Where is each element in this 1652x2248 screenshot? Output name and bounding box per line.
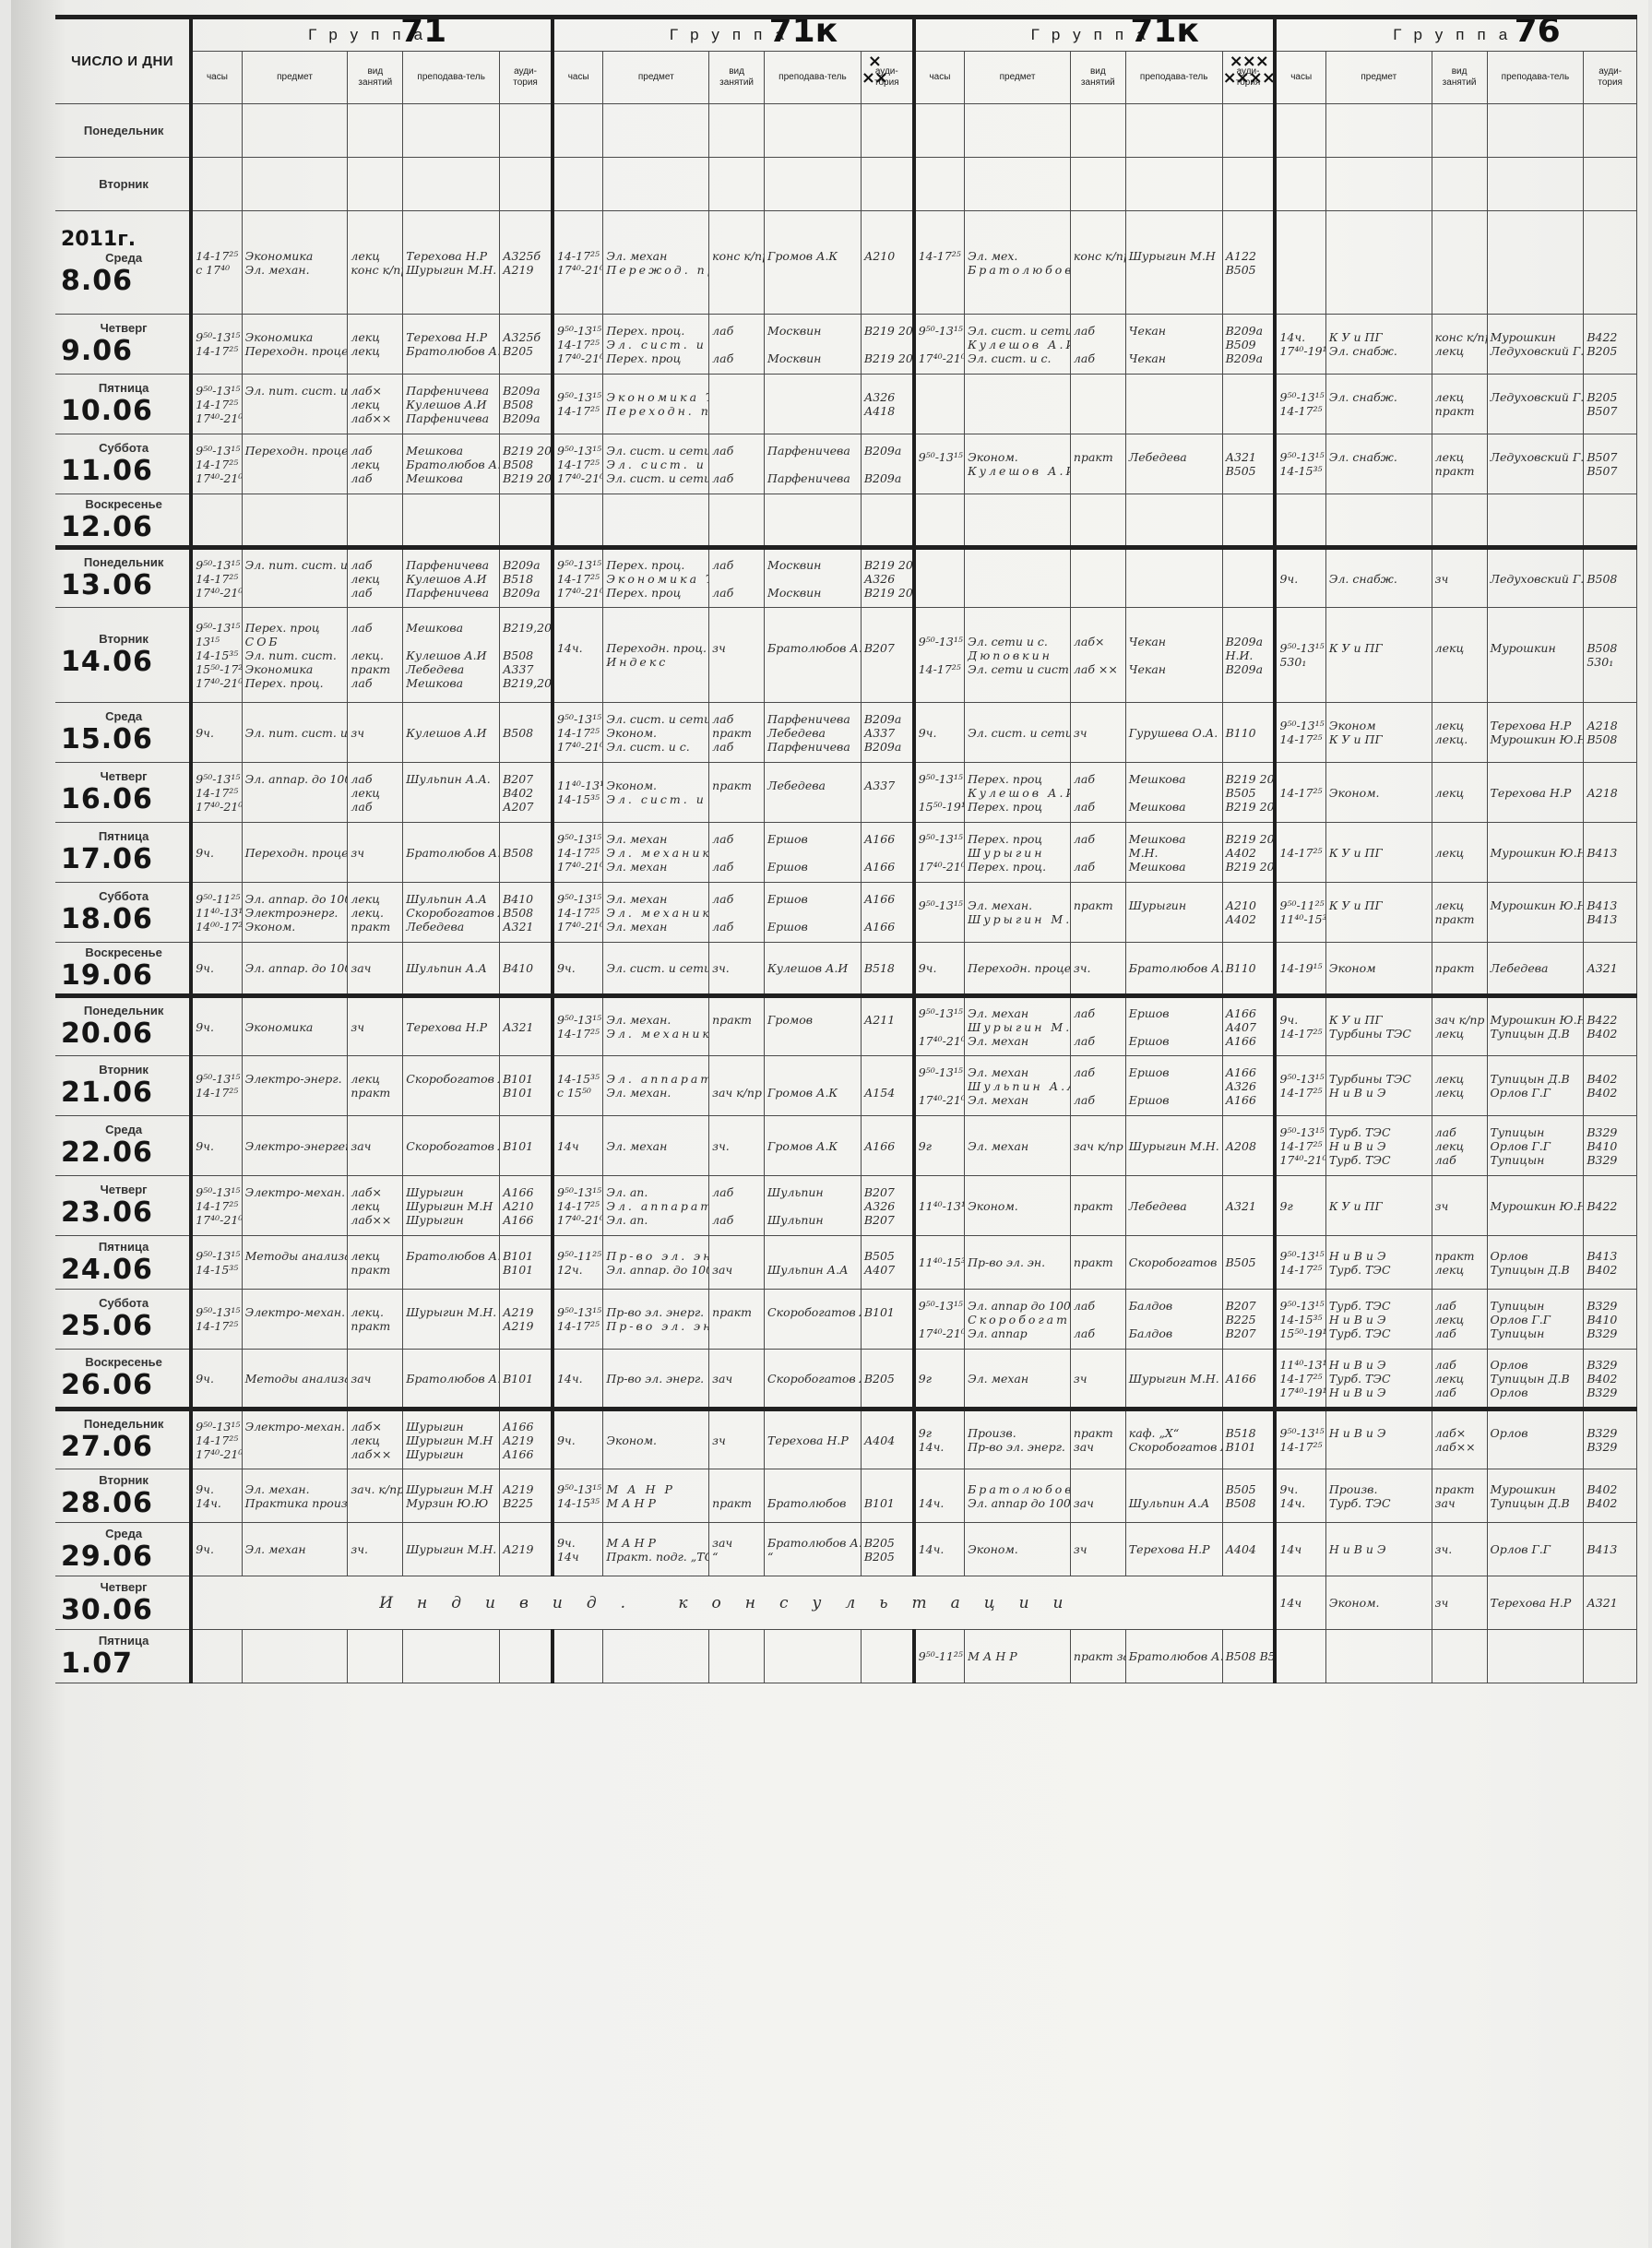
entry-teacher: Ледуховский Г.В [1491,390,1581,404]
cell-teacher: Скоробогатов А.А. [403,1056,500,1116]
entry-hours: 14-17²⁵ [196,398,238,411]
entry-room: В209а [864,740,909,754]
entry-room: В422 [1587,1013,1634,1027]
cell-room: А321 [1584,943,1637,996]
entry-hours: 14-17²⁵ [196,572,238,586]
day-cell: Понедельник27.06 [55,1409,191,1469]
cell-subject: Эл. снабж. [1325,375,1432,434]
entry-hours: 14-17²⁵ [557,572,600,586]
entry-hours: 9ч. [196,1139,238,1153]
entry-room: В110 [1226,961,1271,975]
cell-hours: 9⁵⁰-13¹⁵14-17²⁵ [1275,1236,1325,1290]
cell-teacher: Громов А.К [765,1116,862,1176]
entry-teacher: Мурошкин Ю.Н [1491,1013,1581,1027]
entry-type: практ [351,920,399,934]
entry-subject: Турбины ТЭС [1329,1027,1429,1041]
cell-subject: Эконом. [1325,1576,1432,1630]
entry-hours: 9⁵⁰-13¹⁵ [919,898,961,912]
entry-type: практ [1435,1482,1484,1496]
entry-room: В422 [1587,1199,1634,1213]
entry-teacher: Орлов [1491,1386,1581,1399]
entry-room: В219,202 [503,676,548,690]
entry-subject: Перех. проц [968,800,1067,814]
entry-hours: 9ч. [557,961,600,975]
cell-hours: 9г [914,1116,965,1176]
cell-type: лекцпракт [1432,883,1487,943]
entry-room: В205 [864,1550,909,1564]
entry-teacher: Лебедева [406,920,496,934]
entry-type: лекц [1435,898,1484,912]
entry-hours: 9ч. [919,726,961,740]
cell-type: зач“ [709,1523,765,1576]
cell-teacher: Шурыгин М.Н. [403,1523,500,1576]
date-label: 15.06 [61,723,186,755]
entry-teacher: Мурошкин Ю.Н [1491,732,1581,746]
entry-subject [1329,464,1429,478]
entry-subject [245,398,345,411]
cell-room [861,1630,913,1683]
entry-teacher: Шурыгин М.Н. [406,263,496,277]
entry-teacher: Кулешов А.И [406,398,496,411]
entry-type: лекц [1435,641,1484,655]
entry-subject: Братолюбов А.А. [968,1482,1067,1496]
cell-room: А337 [861,763,913,823]
cell-teacher: Шурыгин М.Н. [1125,1116,1222,1176]
entry-hours [919,846,961,860]
cell-subject: Переходн. процессы [242,434,348,494]
cell-room: В410 [500,943,553,996]
weekday-label: Четверг [61,321,186,335]
weekday-label: Суббота [61,1296,186,1310]
entry-room: В505 [1226,263,1271,277]
cell-room [861,494,913,548]
cell-teacher: Скоробогатов А.А. [403,1116,500,1176]
cell-type: лекцпракт [348,1236,403,1290]
entry-teacher: Орлов [1491,1426,1581,1440]
cell-hours: 9⁵⁰-13¹⁵14-17²⁵ [191,1056,242,1116]
entry-teacher: Скоробогатов А.А [406,906,496,920]
entry-hours: 14ч. [919,1440,961,1454]
cell-type: лаблекцлаб [1432,1350,1487,1409]
spanning-note: Индивид. консультации [191,1576,1275,1630]
entry-room: В219 202 [503,444,548,458]
cell-teacher: Шульпин Шульпин [765,1176,862,1236]
date-label: 26.06 [61,1369,186,1401]
entry-type [712,263,761,277]
cell-subject [242,494,348,548]
cell-teacher: Ершов Ершов [765,883,862,943]
entry-hours: 17⁴⁰-21⁰⁰ [557,471,600,485]
cell-hours: 9ч. [1275,548,1325,608]
entry-teacher: Мешкова [406,444,496,458]
day-row: Суббота11.069⁵⁰-13¹⁵14-17²⁵17⁴⁰-21⁰⁰Пере… [55,434,1637,494]
entry-type: лекц [351,1249,399,1263]
entry-teacher: Шурыгин М.Н [1129,249,1219,263]
entry-type: практ [351,1086,399,1100]
cell-teacher [1125,494,1222,548]
cell-type: практ [1432,943,1487,996]
entry-hours: 9⁵⁰-13¹⁵ [1279,641,1322,655]
cell-type: зч [348,823,403,883]
cell-subject: Эл. аппар до 1000 ВтСкоробогатов А.АЭл. … [965,1290,1071,1350]
cell-room: В508 В508 [1222,1630,1275,1683]
cell-hours: 9⁵⁰-13¹⁵14-17²⁵17⁴⁰-21⁰⁰ [553,1176,603,1236]
entry-type: зч [1435,1199,1484,1213]
entry-type: лекц [1435,1027,1484,1041]
entry-teacher [767,1027,858,1041]
cell-room: В209аВ518В209а [500,548,553,608]
cell-subject: Эл. механШульпин А.АЭл. механ [965,1056,1071,1116]
group-header-2: Группа71к [553,18,914,52]
cell-type: лаб×лаб×× [1432,1409,1487,1469]
cell-subject: Эл. механ.Шурыгин М.Н. [965,883,1071,943]
entry-type [1074,912,1123,926]
cell-hours: 9⁵⁰-13¹⁵14-17²⁵17⁴⁰-21⁰⁰ [191,548,242,608]
entry-subject: Переходн. процесс [245,344,345,358]
entry-room: В219 202 [1226,772,1271,786]
entry-subject: Эл. сист. и сети [968,726,1067,740]
entry-type: лаб×× [1435,1440,1484,1454]
day-cell: Суббота18.06 [55,883,191,943]
cell-teacher: МешковаБратолюбов А.АМешкова [403,434,500,494]
cell-subject [1325,494,1432,548]
cell-room: А219А219 [500,1290,553,1350]
weekday-label: Вторник [61,177,186,191]
entry-teacher: Мешкова [1129,772,1219,786]
cell-hours: 9ч.14ч. [1275,1469,1325,1523]
entry-hours: 17⁴⁰-21⁰⁰ [557,740,600,754]
entry-type: зч. [1435,1542,1484,1556]
entry-type: лекц. [351,906,399,920]
cell-room: В505 [1222,1236,1275,1290]
cell-room: В205В205 [861,1523,913,1576]
entry-type: практ [1074,450,1123,464]
timetable-sheet: ЧИСЛО И ДНИ Группа71Группа71кГруппа71кГр… [11,0,1648,2248]
cell-type: практ [709,1290,765,1350]
cell-type: зч. [709,1116,765,1176]
entry-hours: 9⁵⁰-11²⁵ [557,1249,600,1263]
cell-hours: 9ч. [191,703,242,763]
cell-type [1070,375,1125,434]
cell-hours [553,104,603,158]
entry-type: лаб [712,558,761,572]
entry-teacher [1129,263,1219,277]
column-header-room: ауди-тория [1584,52,1637,104]
entry-subject: Кулешов А.И [968,786,1067,800]
cell-hours: 9⁵⁰-13¹⁵14-17²⁵ [191,1290,242,1350]
entry-room: В509 [1226,338,1271,351]
entry-room: В329 [1587,1125,1634,1139]
entry-type [1074,1482,1123,1496]
entry-subject [245,800,345,814]
cell-hours: 14ч [553,1116,603,1176]
day-row: Среда22.069ч.Электро-энергет.зачСкоробог… [55,1116,1637,1176]
entry-room: А166 [1226,1006,1271,1020]
day-cell: Среда29.06 [55,1523,191,1576]
entry-hours: 9⁵⁰-13¹⁵ [557,1482,600,1496]
entry-teacher: Мурошкин Ю.Н [1491,1199,1581,1213]
entry-room: А321 [1587,1596,1634,1610]
cell-teacher: Скоробогатов А.А [765,1290,862,1350]
cell-hours: 9⁵⁰-13¹⁵ 17⁴⁰-21⁰⁰ [914,315,965,375]
entry-subject: Шурыгин [968,846,1067,860]
entry-type [1074,263,1123,277]
entry-hours: 14-17²⁵ [1279,786,1322,800]
cell-type [1070,548,1125,608]
weekday-label: Среда [61,1527,186,1540]
cell-hours: 9⁵⁰-13¹⁵13¹⁵14-15³⁵15⁵⁰-17²⁵17⁴⁰-21⁰⁰ [191,608,242,703]
entry-room: В402 [1587,1496,1634,1510]
day-cell: Четверг23.06 [55,1176,191,1236]
entry-hours: 14-15³⁵ [196,1263,238,1277]
cell-hours: 11⁴⁰-15³⁵ [914,1236,965,1290]
cell-type: лаб лаб [709,883,765,943]
cell-room: А321 [1584,1576,1637,1630]
entry-teacher: Парфеничева [406,558,496,572]
cell-room: В402В402 [1584,1469,1637,1523]
column-header-teacher: преподава-тель [403,52,500,104]
entry-hours: 9г [919,1426,961,1440]
entry-hours: 9⁵⁰-13¹⁵ [1279,1072,1322,1086]
cell-room: В101В101 [500,1056,553,1116]
entry-room: В209а [864,444,909,458]
entry-teacher: Шурыгин М.Н. [406,1305,496,1319]
cell-room: В207В402А207 [500,763,553,823]
cell-type: лекцлекц [348,315,403,375]
entry-teacher: Терехова Н.Р [1491,1596,1581,1610]
entry-room: А211 [864,1013,909,1027]
cell-teacher: Шульпин А.АСкоробогатов А.АЛебедева [403,883,500,943]
entry-room: В205 [864,1372,909,1386]
entry-subject: М А Н Р [606,1496,706,1510]
cell-teacher: Братолюбов [765,1469,862,1523]
entry-type: лаб [1074,800,1123,814]
entry-hours [919,464,961,478]
cell-hours: 14-17²⁵с 17⁴⁰ [191,211,242,315]
entry-room: В207 [864,1213,909,1227]
day-cell: Воскресенье26.06 [55,1350,191,1409]
cell-hours: 14-19¹⁵ [1275,943,1325,996]
entry-hours: 17⁴⁰-19¹⁵ [1279,1386,1322,1399]
entry-subject [245,458,345,471]
cell-room: В207 [861,608,913,703]
cell-room: А154 [861,1056,913,1116]
cell-hours: 9ч. [191,943,242,996]
entry-hours: 9г [919,1372,961,1386]
cell-teacher [765,375,862,434]
entry-type: лаб [351,471,399,485]
entry-subject: Турб. ТЭС [1329,1372,1429,1386]
entry-room: А321 [1226,1199,1271,1213]
entry-room: Н.И. [1226,648,1271,662]
cell-subject: Эл. пит. сист. и сети [242,375,348,434]
cell-teacher: Мурошкин Ю.Н. [1487,883,1584,943]
entry-subject: Эл. пит. сист. и сети [245,384,345,398]
entry-teacher: Кулешов А.И [767,961,858,975]
entry-subject: К У и ПГ [1329,641,1429,655]
cell-subject: Произв.Пр-во эл. энерг. [965,1409,1071,1469]
entry-room: А166 [503,1213,548,1227]
entry-hours: 17⁴⁰-21⁰⁰ [557,263,600,277]
entry-room [864,655,909,669]
cell-type: лаблекцлаб [348,434,403,494]
entry-room: В209а [503,411,548,425]
entry-subject: Индекс [606,655,706,669]
weekday-label: Вторник [61,632,186,646]
entry-type [712,1199,761,1213]
date-label: 9.06 [61,335,186,367]
entry-type: лаб [712,1213,761,1227]
entry-teacher: Скоробогатов А.А. [406,1139,496,1153]
entry-teacher: Шульпин [767,1213,858,1227]
entry-room: А218 [1587,786,1634,800]
entry-room: А326 [864,1199,909,1213]
day-cell: Пятница1.07 [55,1630,191,1683]
entry-type: лаб [712,324,761,338]
cell-teacher: Тупицын Д.ВОрлов Г.Г [1487,1056,1584,1116]
cell-teacher: Москвин Москвин [765,315,862,375]
entry-teacher: Лебедева [1129,450,1219,464]
entry-type: лаб× [1435,1426,1484,1440]
cell-subject: Пр-во эл. эн. [965,1236,1071,1290]
cell-type [1070,158,1125,211]
entry-teacher: Скоробогатов [1129,1255,1219,1269]
entry-type: лаб [712,444,761,458]
entry-subject: Скоробогатов А.А [968,1313,1067,1326]
entry-type: лаб [712,832,761,846]
entry-subject: Электро-механ. [245,1305,345,1319]
entry-teacher: Шурыгин М.Н. [1129,1139,1219,1153]
column-header-lesson-type: вид занятий [348,52,403,104]
entry-type: практ [1074,898,1123,912]
cell-teacher: Шульпин А.А [403,943,500,996]
entry-room: В410 [503,892,548,906]
entry-subject: Эл. аппар. до 1000 Вт [245,892,345,906]
entry-teacher [767,1199,858,1213]
cell-teacher: Мурошкин Ю.Н [1487,1176,1584,1236]
entry-type: лекц [351,398,399,411]
cell-room: В205В507 [1584,375,1637,434]
cell-type: зач к/пр [1070,1116,1125,1176]
entry-type: зач к/пр [1435,1013,1484,1027]
entry-room: А219 [503,1319,548,1333]
entry-room: В508 [1587,732,1634,746]
entry-type: практ [1435,404,1484,418]
cell-hours: 9⁵⁰-13¹⁵14-15³⁵ [553,1469,603,1523]
handwritten-cross-marks: ××× [862,54,887,87]
entry-teacher: Тупицын [1491,1326,1581,1340]
cell-subject: К У и ПГ [1325,883,1432,943]
entry-hours: 9ч. [557,1536,600,1550]
entry-subject: Пр-во эл. энергии [606,1319,706,1333]
entry-room: А402 [1226,912,1271,926]
entry-room: В402 [1587,1372,1634,1386]
entry-hours: 17⁴⁰-21⁰⁰ [1279,1153,1322,1167]
entry-subject: Экономика [245,330,345,344]
entry-hours: с 15⁵⁰ [557,1086,600,1100]
entry-teacher: Парфеничева [406,411,496,425]
cell-type: зч [1432,548,1487,608]
entry-hours: 9ч. [919,961,961,975]
cell-type [1432,104,1487,158]
cell-room: В413 [1584,1523,1637,1576]
entry-subject: Эл. сист. и сети [968,324,1067,338]
cell-subject: Эл. механ [603,1116,709,1176]
cell-room: В508 [500,823,553,883]
entry-subject: Эл. механика [606,906,706,920]
cell-subject: Эл. механПережод. процессы [603,211,709,315]
entry-teacher: Ершов [1129,1093,1219,1107]
cell-type: лекц [1432,823,1487,883]
entry-hours: 14-17²⁵ [196,1319,238,1333]
cell-hours: 9⁵⁰-13¹⁵ 17⁴⁰-21⁰⁰ [914,1056,965,1116]
entry-teacher: Чекан [1129,351,1219,365]
cell-teacher: Терехова Н.Р [1487,763,1584,823]
cell-room: В110 [1222,943,1275,996]
weekday-label: Понедельник [61,1004,186,1017]
cell-subject [603,494,709,548]
entry-subject: Братолюбов А.А [968,263,1067,277]
entry-subject: Эл. механ [968,1034,1067,1048]
entry-hours: 14-15³⁵ [557,1072,600,1086]
cell-room: В219 202А326В219 202 [861,548,913,608]
entry-teacher: Скоробогатов А.А. [406,1072,496,1086]
entry-hours: 9ч. [557,1433,600,1447]
entry-teacher: Парфеничева [767,740,858,754]
day-cell: 2011г.Среда8.06 [55,211,191,315]
cell-hours: 11⁴⁰-13¹⁵14-15³⁵ [553,763,603,823]
entry-room: В413 [1587,1249,1634,1263]
entry-teacher [1491,1440,1581,1454]
cell-teacher: ПарфеничеваКулешов А.ИПарфеничева [403,375,500,434]
entry-teacher: “ [767,1550,858,1564]
cell-type: лекц [1432,608,1487,703]
cell-subject: Переходн. процессы [242,823,348,883]
entry-teacher: Лебедева [406,662,496,676]
entry-teacher [1491,464,1581,478]
entry-room: В207 [503,772,548,786]
entry-room: А207 [503,800,548,814]
entry-type: практ [1074,1255,1123,1269]
entry-type [712,1319,761,1333]
entry-room [864,1319,909,1333]
entry-teacher: Громов А.К [767,249,858,263]
entry-type: конс к/пр [1074,249,1123,263]
day-row: Четверг16.069⁵⁰-13¹⁵14-17²⁵17⁴⁰-21⁰⁰Эл. … [55,763,1637,823]
cell-type: практ [1070,1176,1125,1236]
cell-hours [914,548,965,608]
date-label: 25.06 [61,1310,186,1342]
day-row: Суббота25.069⁵⁰-13¹⁵14-17²⁵Электро-механ… [55,1290,1637,1350]
day-row: Понедельник20.069ч.ЭкономиказчТерехова Н… [55,996,1637,1056]
cell-hours: 14-17²⁵ [1275,763,1325,823]
entry-type: зч [1074,1542,1123,1556]
entry-hours: 14-17²⁵ [1279,404,1322,418]
cell-type: лекцпракт [1432,375,1487,434]
entry-subject: Эл. механ [606,1139,706,1153]
entry-subject: Эл. сист. и сети [606,792,706,806]
cell-type: лаб лекц.практлаб [348,608,403,703]
cell-type: лаб×лекцлаб×× [348,375,403,434]
cell-teacher [765,494,862,548]
cell-room: А208 [1222,1116,1275,1176]
entry-type: конс к/пр [351,263,399,277]
cell-room: А210А402 [1222,883,1275,943]
cell-type: лаб лаб [709,823,765,883]
day-cell: Пятница17.06 [55,823,191,883]
entry-teacher: Чекан [1129,662,1219,676]
entry-subject: Эл. механ. [606,1013,706,1027]
